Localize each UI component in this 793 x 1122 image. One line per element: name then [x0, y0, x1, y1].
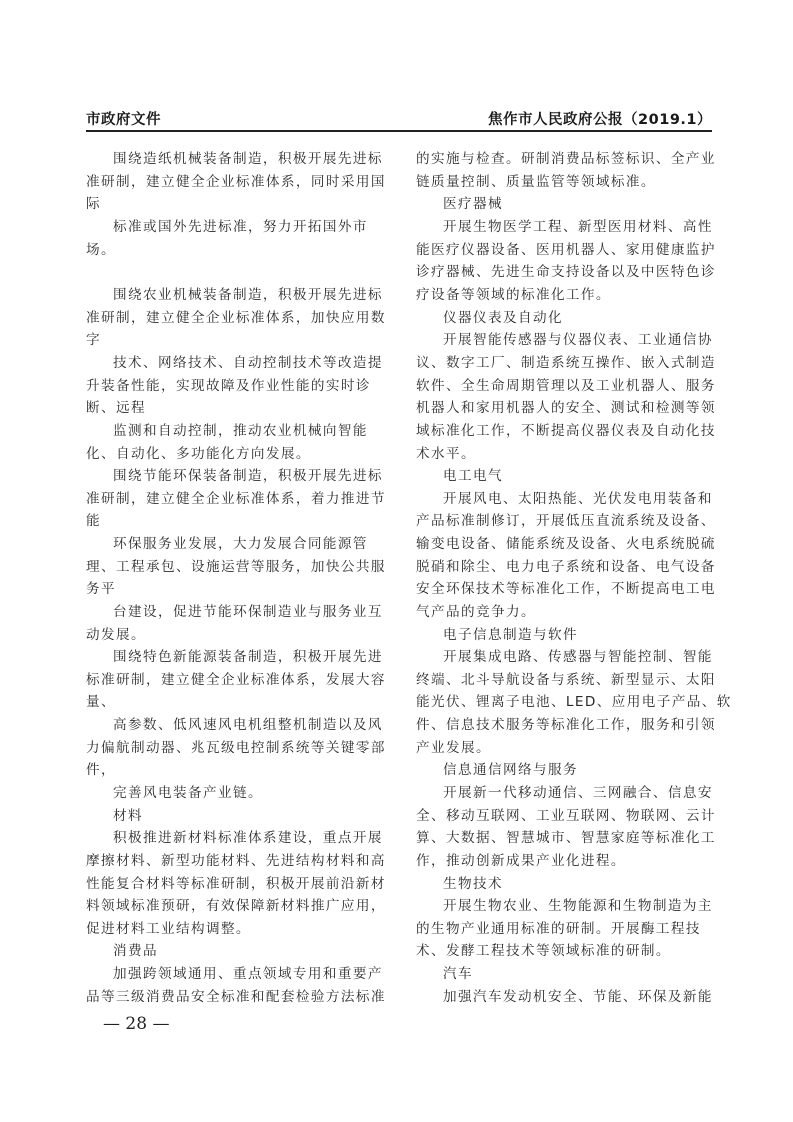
text-line: 术水平。	[416, 445, 476, 463]
section-heading: 信息通信网络与服务	[443, 761, 578, 779]
text-line: 算、大数据、智慧城市、智慧家庭等标准化工	[416, 829, 716, 847]
text-line: 字	[86, 331, 101, 349]
text-line: 加强跨领域通用、重点领域专用和重要产	[113, 965, 383, 983]
text-line: 气产品的竞争力。	[416, 603, 536, 621]
text-line: 积极推进新材料标准体系建设，重点开展	[113, 829, 383, 847]
text-line: 升装备性能，实现故障及作业性能的实时诊	[86, 377, 371, 395]
text-line: 的实施与检查。研制消费品标签标识、全产业	[416, 150, 716, 168]
text-line: 议、数字工厂、制造系统互操作、嵌入式制造	[416, 354, 716, 372]
text-line: 作，推动创新成果产业化进程。	[416, 852, 626, 870]
section-heading: 电子信息制造与软件	[443, 626, 578, 644]
text-line: 件、信息技术服务等标准化工作，服务和引领	[416, 716, 716, 734]
section-heading: 仪器仪表及自动化	[443, 309, 563, 327]
publication-title: 焦作市人民政府公报（2019.1）	[488, 108, 712, 129]
text-line: 准研制，建立健全企业标准体系，着力推进节	[86, 490, 386, 508]
text-line: 全、移动互联网、工业互联网、物联网、云计	[416, 807, 716, 825]
text-line: 软件、全生命周期管理以及工业机器人、服务	[416, 377, 716, 395]
text-line: 理、工程承包、设施运营等服务，加快公共服	[86, 558, 386, 576]
page-number: — 28 —	[103, 1014, 169, 1034]
text-line: 务平	[86, 580, 116, 598]
text-line: 际	[86, 195, 101, 213]
text-line: 量、	[86, 693, 116, 711]
text-line: 准研制，建立健全企业标准体系，加快应用数	[86, 309, 386, 327]
text-line: 能光伏、锂离子电池、LED、应用电子产品、软	[416, 693, 732, 711]
text-line: 动发展。	[86, 626, 146, 644]
text-line: 场。	[86, 241, 116, 259]
text-line: 品等三级消费品安全标准和配套检验方法标准	[86, 988, 386, 1006]
text-line: 开展风电、太阳热能、光伏发电用装备和	[443, 490, 713, 508]
text-line: 完善风电装备产业链。	[113, 784, 263, 802]
text-line: 围绕造纸机械装备制造，积极开展先进标	[113, 150, 383, 168]
text-line: 的生物产业通用标准的研制。开展酶工程技	[416, 920, 701, 938]
text-line: 化、自动化、多功能化方向发展。	[86, 445, 311, 463]
section-heading: 材料	[113, 807, 143, 825]
text-line: 力偏航制动器、兆瓦级电控制系统等关键零部	[86, 739, 386, 757]
text-line: 断、远程	[86, 399, 146, 417]
text-line: 脱硝和除尘、电力电子系统和设备、电气设备	[416, 558, 716, 576]
text-line: 围绕特色新能源装备制造，积极开展先进	[113, 648, 383, 666]
text-line: 料领域标准预研，有效保障新材料推广应用，	[86, 897, 386, 915]
text-line: 机器人和家用机器人的安全、测试和检测等领	[416, 399, 716, 417]
section-label: 市政府文件	[86, 108, 161, 129]
text-line: 标准或国外先进标准，努力开拓国外市	[113, 218, 368, 236]
text-line: 技术、网络技术、自动控制技术等改造提	[113, 354, 383, 372]
text-line: 输变电设备、储能系统及设备、火电系统脱硫	[416, 535, 716, 553]
header-rule	[86, 130, 712, 132]
text-line: 开展集成电路、传感器与智能控制、智能	[443, 648, 713, 666]
text-line: 能	[86, 512, 101, 530]
section-heading: 消费品	[113, 942, 158, 960]
text-line: 开展新一代移动通信、三网融合、信息安	[443, 784, 713, 802]
text-line: 围绕农业机械装备制造，积极开展先进标	[113, 286, 383, 304]
text-line: 安全环保技术等标准化工作，不断提高电工电	[416, 580, 716, 598]
text-line: 围绕节能环保装备制造，积极开展先进标	[113, 467, 383, 485]
text-line: 链质量控制、质量监管等领域标准。	[416, 173, 656, 191]
text-line: 开展生物医学工程、新型医用材料、高性	[443, 218, 713, 236]
text-line: 高参数、低风速风电机组整机制造以及风	[113, 716, 383, 734]
text-line: 性能复合材料等标准研制，积极开展前沿新材	[86, 875, 386, 893]
text-line: 域标准化工作，不断提高仪器仪表及自动化技	[416, 422, 716, 440]
text-line: 监测和自动控制，推动农业机械向智能	[113, 422, 368, 440]
text-line: 件，	[86, 761, 116, 779]
section-heading: 生物技术	[443, 875, 503, 893]
text-line: 术、发酵工程技术等领域标准的研制。	[416, 942, 671, 960]
text-line: 产业发展。	[416, 739, 491, 757]
text-line: 疗设备等领域的标准化工作。	[416, 286, 611, 304]
text-line: 诊疗器械、先进生命支持设备以及中医特色诊	[416, 263, 716, 281]
section-heading: 汽车	[443, 965, 473, 983]
section-heading: 电工电气	[443, 467, 503, 485]
text-line: 摩擦材料、新型功能材料、先进结构材料和高	[86, 852, 386, 870]
text-line: 终端、北斗导航设备与系统、新型显示、太阳	[416, 671, 716, 689]
text-line: 台建设，促进节能环保制造业与服务业互	[113, 603, 383, 621]
running-header: 市政府文件 焦作市人民政府公报（2019.1）	[86, 104, 712, 130]
text-line: 开展智能传感器与仪器仪表、工业通信协	[443, 331, 713, 349]
text-line: 准研制，建立健全企业标准体系，同时采用国	[86, 173, 386, 191]
text-line: 环保服务业发展，大力发展合同能源管	[113, 535, 368, 553]
section-heading: 医疗器械	[443, 195, 503, 213]
text-line: 产品标准制修订，开展低压直流系统及设备、	[416, 512, 716, 530]
text-line: 开展生物农业、生物能源和生物制造为主	[443, 897, 713, 915]
text-line: 标准研制，建立健全企业标准体系，发展大容	[86, 671, 386, 689]
text-line: 能医疗仪器设备、医用机器人、家用健康监护	[416, 241, 716, 259]
text-line: 促进材料工业结构调整。	[86, 920, 251, 938]
text-line: 加强汽车发动机安全、节能、环保及新能	[443, 988, 713, 1006]
